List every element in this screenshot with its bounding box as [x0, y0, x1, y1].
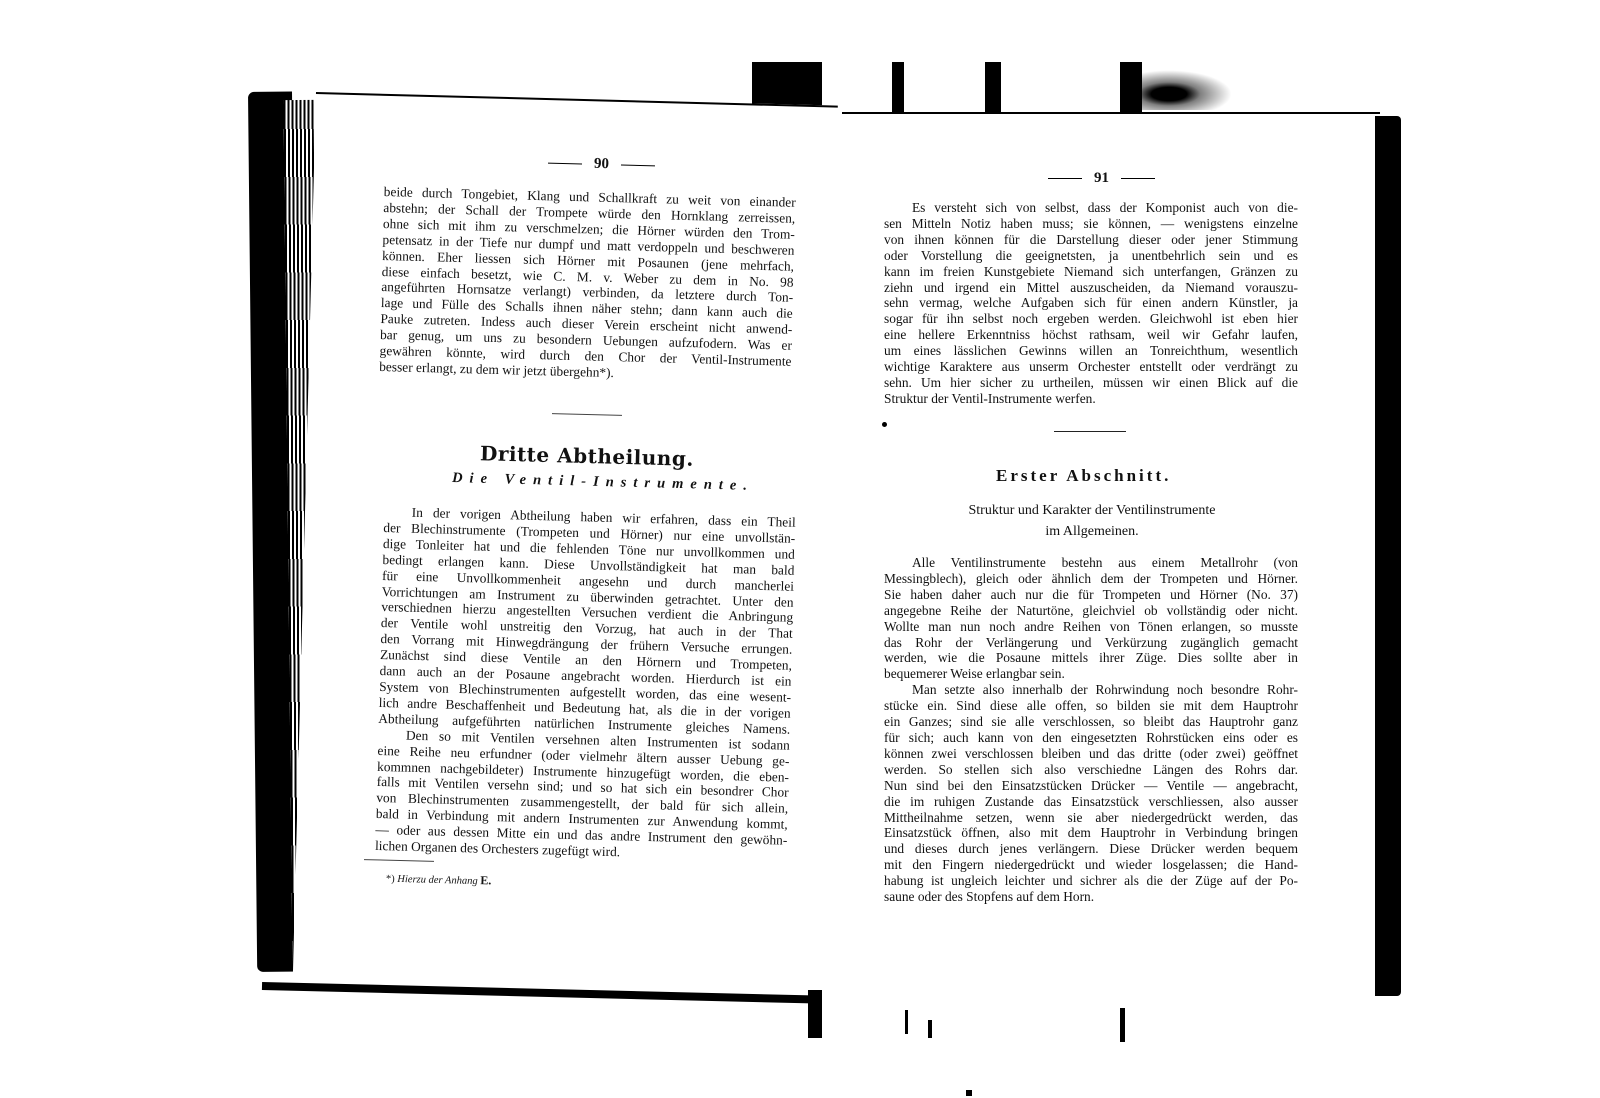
- scan-noise: [1142, 70, 1232, 110]
- dash-ornament: [1048, 178, 1082, 179]
- scan-mark: [905, 1010, 908, 1034]
- page-tab-shadow: [1120, 62, 1142, 112]
- paragraph: In der vorigen Abtheilung haben wir erfa…: [378, 504, 796, 737]
- paragraph: Man setzte also innerhalb der Rohrwindun…: [884, 682, 1298, 905]
- continuation-paragraph: beide durch Tongebiet, Klang und Schallk…: [379, 184, 796, 386]
- page-tab-shadow: [752, 62, 822, 108]
- dash-ornament: [621, 165, 655, 167]
- left-page-body: In der vorigen Abtheilung haben wir erfa…: [375, 504, 796, 865]
- scan-mark: [1120, 1008, 1125, 1042]
- section-divider: [1054, 431, 1126, 432]
- right-page-number: 91: [1036, 170, 1167, 187]
- page-tab-shadow: [985, 62, 1001, 112]
- section-subtitle: Struktur und Karakter der Ventilinstrume…: [912, 500, 1272, 542]
- right-page-body: Alle Ventilinstrumente bestehn aus einem…: [884, 555, 1298, 905]
- page-tab-shadow: [892, 62, 904, 112]
- footnote: *) Hierzu der Anhang E.: [386, 871, 492, 889]
- dash-ornament: [1121, 178, 1155, 179]
- dash-ornament: [548, 163, 582, 165]
- intro-paragraph: Es versteht sich von selbst, dass der Ko…: [884, 200, 1298, 407]
- left-page-text: beide durch Tongebiet, Klang und Schallk…: [379, 184, 796, 386]
- left-page-number: 90: [536, 154, 667, 174]
- paragraph: Alle Ventilinstrumente bestehn aus einem…: [884, 555, 1298, 682]
- paragraph: Den so mit Ventilen versehnen alten Inst…: [375, 727, 790, 865]
- book-spine-fold: [808, 990, 822, 1038]
- ink-spot: [882, 422, 887, 427]
- scan-mark: [928, 1020, 932, 1038]
- section-heading: Erster Abschnitt.: [996, 466, 1171, 486]
- right-page-text: Es versteht sich von selbst, dass der Ko…: [884, 200, 1298, 407]
- book-right-cover: [1375, 116, 1401, 996]
- scan-mark: [966, 1090, 972, 1096]
